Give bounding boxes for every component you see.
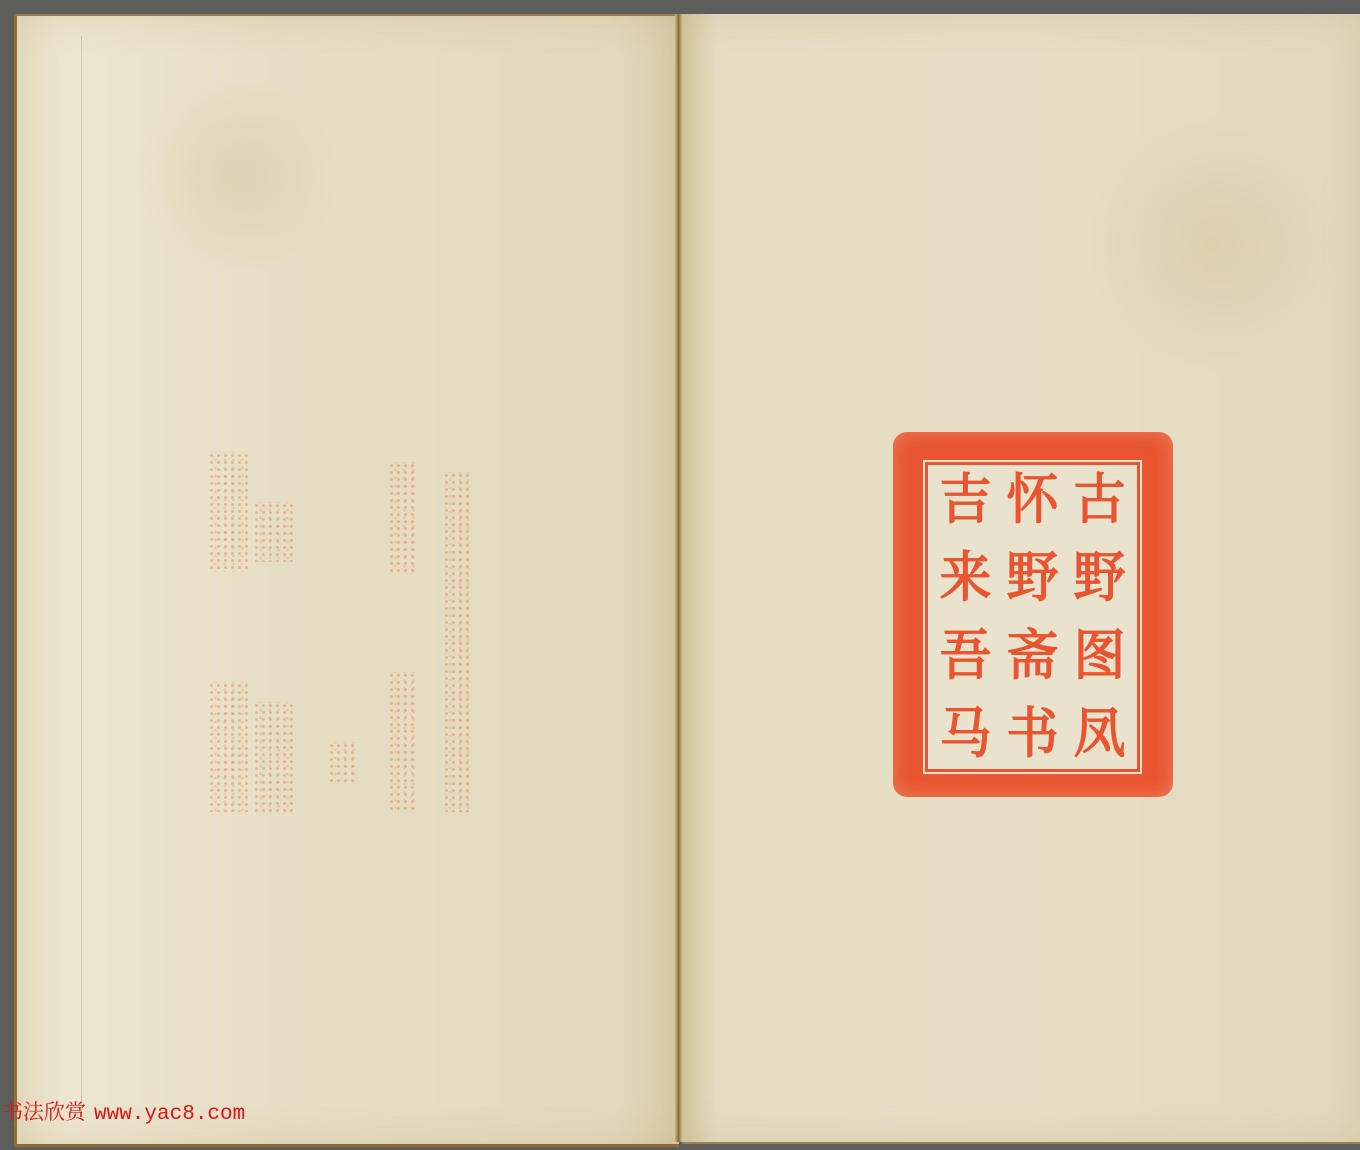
ghost-column — [208, 452, 248, 572]
ghost-column — [328, 742, 358, 782]
ghost-column — [388, 462, 418, 572]
watermark-url: www.yac8.com — [94, 1103, 245, 1126]
ghost-column — [253, 502, 293, 562]
seal-char: 吉 — [939, 470, 991, 531]
red-seal: 古 野 图 凤 怀 野 斋 书 吉 来 吾 马 — [893, 432, 1173, 797]
seal-char: 书 — [1006, 704, 1058, 765]
paper-stain — [137, 76, 337, 276]
seal-char: 怀 — [1006, 470, 1058, 531]
seal-column-3: 吉 来 吾 马 — [934, 471, 998, 763]
seal-frame: 古 野 图 凤 怀 野 斋 书 吉 来 吾 马 — [925, 462, 1140, 772]
seal-column-2: 怀 野 斋 书 — [1001, 471, 1065, 763]
seal-char: 野 — [1073, 548, 1125, 609]
open-book: 古 野 图 凤 怀 野 斋 书 吉 来 吾 马 — [14, 14, 1360, 1142]
seal-char: 斋 — [1006, 626, 1058, 687]
seal-char: 古 — [1073, 470, 1125, 531]
seal-char: 吾 — [939, 626, 991, 687]
ghost-column — [443, 472, 469, 812]
seal-char: 来 — [939, 548, 991, 609]
seal-column-1: 古 野 图 凤 — [1068, 471, 1132, 763]
watermark-site-name: 书法欣赏 — [2, 1100, 86, 1124]
ghost-column — [208, 682, 248, 812]
seal-char: 图 — [1073, 626, 1125, 687]
ghost-seal-impression — [198, 442, 474, 808]
watermark: 书法欣赏www.yac8.com — [2, 1096, 245, 1126]
fold-line — [81, 36, 82, 1116]
seal-char: 马 — [939, 704, 991, 765]
paper-stain — [1082, 114, 1342, 374]
ghost-column — [388, 672, 418, 812]
seal-char: 野 — [1006, 548, 1058, 609]
seal-char: 凤 — [1073, 704, 1125, 765]
left-page — [14, 14, 679, 1147]
ghost-column — [253, 702, 293, 812]
